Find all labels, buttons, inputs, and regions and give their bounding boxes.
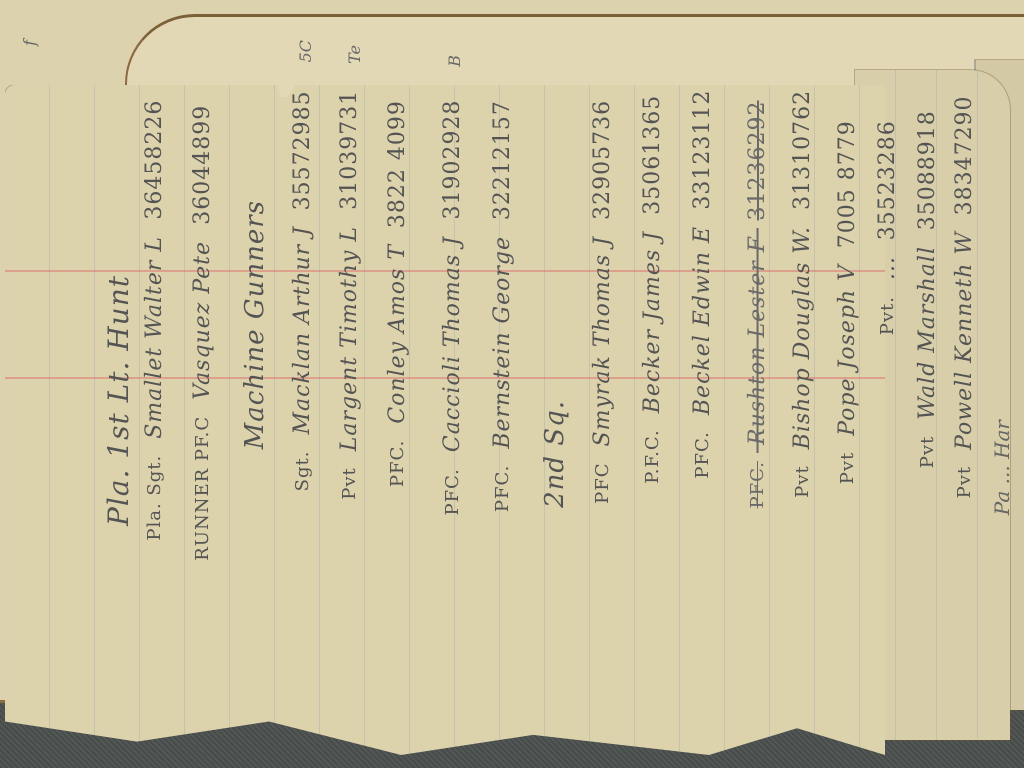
name: Beckel Edwin E	[690, 226, 715, 415]
rank: Pvt.	[877, 296, 898, 335]
serial-number: 7005 8779	[835, 120, 860, 248]
rank: Pla. Sgt.	[144, 455, 165, 541]
name: Bishop Douglas W.	[790, 226, 815, 449]
rank: PFC.	[692, 431, 713, 478]
roster-row: Pvt Pope Joseph V 7005 8779	[835, 120, 860, 484]
roster-row: Pvt Powell Kenneth W 38347290	[952, 95, 977, 498]
fragment-far-right: Pa ... Har	[990, 420, 1014, 515]
rank: Sgt.	[292, 451, 313, 492]
name: Caccioli Thomas J	[440, 236, 465, 452]
rank: RUNNER PF.C	[192, 416, 213, 561]
roster-row: Pvt Largent Timothy L 31039731	[337, 90, 362, 500]
roster-row: PFC. Caccioli Thomas J 31902928	[440, 100, 465, 516]
rank: PFC.	[747, 461, 768, 508]
serial-number: 31310762	[790, 90, 815, 210]
serial-number: 33123112	[690, 90, 715, 210]
serial-number: 36458226	[142, 100, 167, 220]
rank: Pvt	[792, 465, 813, 498]
serial-number: 36044899	[190, 105, 215, 225]
rank: PFC.	[387, 440, 408, 487]
serial-number: 35572985	[290, 90, 315, 210]
roster-row: PFC. Bernstein George 32212157	[490, 100, 515, 512]
serial-number: 32905736	[590, 100, 615, 220]
name: Macklan Arthur J	[290, 226, 315, 435]
rank: Pvt	[917, 436, 938, 469]
name: Largent Timothy L	[337, 226, 362, 451]
serial-number: 31236292	[745, 100, 770, 220]
section-header: 2nd Sq.	[540, 400, 570, 508]
section-header: Machine Gunners	[240, 200, 270, 449]
name: Powell Kenneth W	[952, 231, 977, 450]
serial-number: 31902928	[440, 100, 465, 220]
serial-number: 35088918	[915, 110, 940, 230]
roster-row: Pvt Wald Marshall 35088918	[915, 110, 940, 468]
name: Vasquez Pete	[190, 241, 215, 400]
fragment-top-left: f	[20, 40, 39, 46]
rank: PFC.	[492, 465, 513, 512]
name: Conley Amos T	[385, 244, 410, 424]
serial-number: 38347290	[952, 95, 977, 215]
heading-text: Pla. 1st Lt. Hunt	[102, 275, 135, 526]
roster-row: Pla. Sgt. Smallet Walter L 36458226	[142, 100, 167, 541]
name: Rushton Lester F	[745, 236, 770, 445]
roster-row: PFC. Beckel Edwin E 33123112	[690, 90, 715, 479]
rank: Pvt	[339, 467, 360, 500]
fragment-top-mid-2: Te	[345, 45, 364, 64]
section-title: Machine Gunners	[240, 200, 270, 449]
name: Smallet Walter L	[142, 236, 167, 439]
roster-row: Sgt. Macklan Arthur J 35572985	[290, 90, 315, 491]
serial-number: 32212157	[490, 100, 515, 220]
rank: Pvt	[954, 466, 975, 499]
name: Bernstein George	[490, 236, 515, 449]
serial-number: 3822 4099	[385, 100, 410, 228]
serial-number: 31039731	[337, 90, 362, 210]
roster-row: Pvt. ... 35523286	[875, 120, 900, 335]
section-title: 2nd Sq.	[540, 400, 570, 508]
roster-row: PFC Smyrak Thomas J 32905736	[590, 100, 615, 504]
fragment-top-mid-3: B	[445, 55, 464, 67]
name: Pope Joseph V	[835, 264, 860, 436]
name: Smyrak Thomas J	[590, 236, 615, 447]
rank: Pvt	[837, 452, 858, 485]
fragment-top-mid-1: 5C	[296, 40, 315, 62]
serial-number: 35061365	[640, 95, 665, 215]
roster-heading: Pla. 1st Lt. Hunt	[102, 275, 135, 526]
name: Becker James J	[640, 231, 665, 413]
roster-row: P.F.C. Becker James J 35061365	[640, 95, 665, 484]
rank: P.F.C.	[642, 429, 663, 483]
rank: PFC.	[442, 468, 463, 515]
rank: PFC	[592, 462, 613, 503]
roster-row: RUNNER PF.C Vasquez Pete 36044899	[190, 105, 215, 561]
serial-number: 35523286	[875, 120, 900, 240]
name: ...	[875, 256, 900, 280]
roster-row: Pvt Bishop Douglas W. 31310762	[790, 90, 815, 498]
roster-row: PFC. Conley Amos T 3822 4099	[385, 100, 410, 487]
roster-row-struck: PFC. Rushton Lester F 31236292	[745, 100, 770, 508]
name: Wald Marshall	[915, 246, 940, 420]
